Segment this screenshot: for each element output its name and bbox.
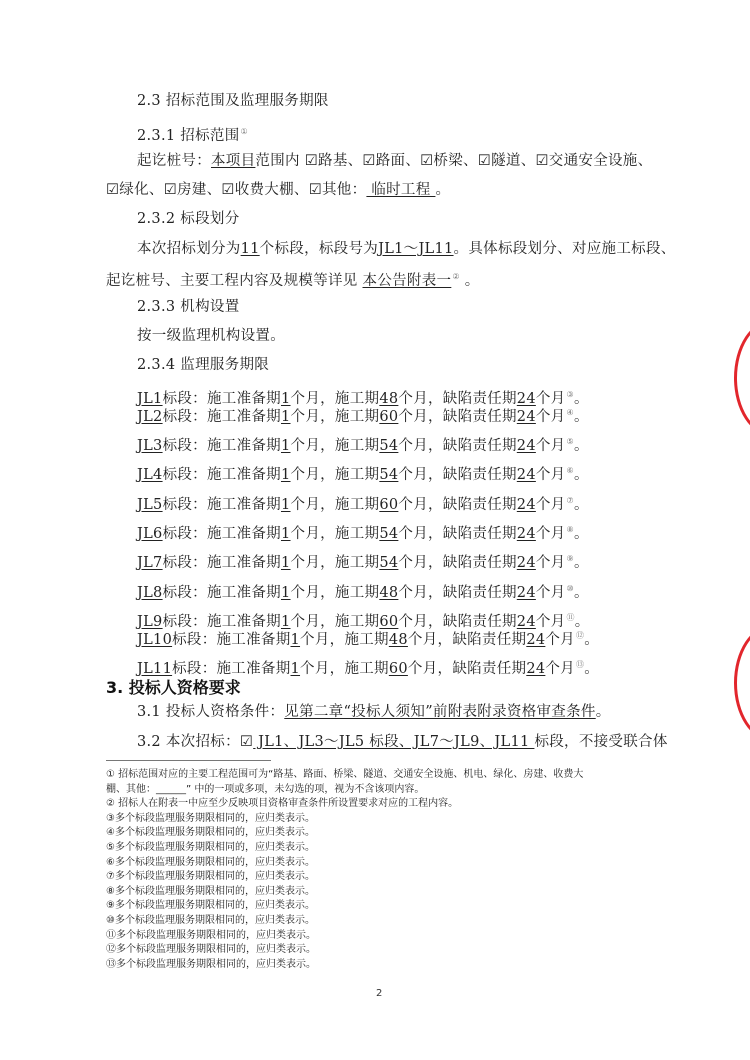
prep-months: 1	[291, 661, 301, 677]
construction-months: 48	[379, 585, 398, 601]
text: 施工准备期	[207, 497, 281, 513]
filled-field: JL1～JL11	[378, 241, 453, 257]
service-period-row: JL8标段：施工准备期1个月，施工期48个月，缺陷责任期24个月⑩。	[137, 580, 589, 602]
text: 个月，	[398, 526, 442, 542]
service-period-row: JL11标段：施工准备期1个月，施工期60个月，缺陷责任期24个月⑬。	[137, 656, 599, 678]
defect-months: 24	[517, 409, 536, 425]
text: 个月	[536, 526, 566, 542]
footnote-ref[interactable]: ③	[566, 390, 573, 399]
stamp-text: 东阳	[745, 628, 750, 660]
text: 施工期	[335, 497, 379, 513]
construction-months: 54	[379, 467, 398, 483]
text: 施工准备期	[207, 526, 281, 542]
footnote-ref[interactable]: ⑤	[566, 437, 573, 446]
footnote: ③多个标段监理服务期限相同的，应归类表示。	[106, 812, 315, 826]
prep-months: 1	[281, 409, 291, 425]
construction-months: 54	[379, 438, 398, 454]
filled-field: 本项目	[211, 153, 255, 169]
scope-line-2: ☑绿化、☑房建、☑收费大棚、☑其他： 临时工程 。	[106, 181, 450, 199]
punctuation: 。	[574, 497, 589, 513]
footnote: ⑦多个标段监理服务期限相同的，应归类表示。	[106, 870, 315, 884]
footnote: ② 招标人在附表一中应至少反映项目资格审查条件所设置要求对应的工程内容。	[106, 797, 458, 811]
section-heading-2-3: 2.3 招标范围及监理服务期限	[137, 92, 329, 110]
defect-months: 24	[517, 585, 536, 601]
text: 施工准备期	[207, 585, 281, 601]
footnote: ⑪多个标段监理服务期限相同的，应归类表示。	[106, 929, 316, 943]
footnote: ④多个标段监理服务期限相同的，应归类表示。	[106, 826, 315, 840]
punctuation: 。	[596, 704, 611, 720]
construction-months: 60	[389, 661, 408, 677]
footnote-ref[interactable]: ⑦	[566, 496, 573, 505]
construction-months: 54	[379, 555, 398, 571]
filled-field: JL1、JL3～JL5 标段、JL7～JL9、JL11	[253, 734, 534, 750]
footnote-separator	[106, 760, 271, 761]
footnote-ref[interactable]: ①	[241, 127, 248, 136]
document-page: 2.3 招标范围及监理服务期限 2.3.1 招标范围① 起讫桩号：本项目范围内 …	[0, 0, 750, 1060]
joint-venture-line: 3.2 本次招标：☑ JL1、JL3～JL5 标段、JL7～JL9、JL11 标…	[137, 733, 668, 751]
punctuation: 。	[435, 182, 450, 198]
text: 施工期	[335, 409, 379, 425]
filled-field: 11	[241, 241, 260, 257]
prep-months: 1	[281, 585, 291, 601]
text: 缺陷责任期	[443, 555, 517, 571]
punctuation: 。	[460, 273, 480, 289]
text: 个月	[536, 585, 566, 601]
text: 标段：	[163, 438, 207, 454]
section-id: JL3	[137, 438, 163, 454]
construction-months: 60	[379, 409, 398, 425]
punctuation: 。	[574, 585, 589, 601]
text: 个月，	[398, 555, 442, 571]
text: 个月，	[408, 632, 452, 648]
text: 标段：	[163, 467, 207, 483]
text: 个月	[536, 555, 566, 571]
filled-field: 临时工程	[366, 182, 435, 198]
prep-months: 1	[281, 438, 291, 454]
text: 个月，	[291, 555, 335, 571]
text: 个月，	[291, 467, 335, 483]
text: 个月	[545, 661, 575, 677]
prep-months: 1	[281, 526, 291, 542]
red-seal-stamp: 东阳	[734, 625, 750, 741]
footnote: ⑩多个标段监理服务期限相同的，应归类表示。	[106, 914, 315, 928]
text: 个月，	[291, 526, 335, 542]
punctuation: 。	[574, 526, 589, 542]
text: 缺陷责任期	[452, 661, 526, 677]
service-period-row: JL6标段：施工准备期1个月，施工期54个月，缺陷责任期24个月⑧。	[137, 521, 589, 543]
section-id: JL7	[137, 555, 163, 571]
heading-text: 2.3.1 招标范围	[137, 128, 240, 144]
text: 施工期	[344, 632, 388, 648]
section-id: JL11	[137, 661, 172, 677]
text: 施工期	[335, 526, 379, 542]
text: 本次招标划分为	[137, 241, 241, 257]
division-line-1: 本次招标划分为11个标段，标段号为JL1～JL11。具体标段划分、对应施工标段、	[137, 240, 676, 258]
section-id: JL4	[137, 467, 163, 483]
footnote-ref[interactable]: ⑪	[566, 613, 574, 622]
text: 个月	[536, 497, 566, 513]
footnote-ref[interactable]: ⑥	[566, 466, 573, 475]
section-id: JL10	[137, 632, 172, 648]
service-period-row: JL7标段：施工准备期1个月，施工期54个月，缺陷责任期24个月⑨。	[137, 550, 589, 572]
service-period-row: JL3标段：施工准备期1个月，施工期54个月，缺陷责任期24个月⑤。	[137, 433, 589, 455]
text: 个标段，标段号为	[260, 241, 378, 257]
defect-months: 24	[517, 438, 536, 454]
stamp-text: 工程	[745, 323, 750, 355]
text: 起讫桩号、主要工程内容及规模等详见	[106, 273, 363, 289]
text: 标段：	[163, 409, 207, 425]
scope-checklist: 范围内 ☑路基、☑路面、☑桥梁、☑隧道、☑交通安全设施、	[255, 153, 652, 169]
text: 个月	[536, 409, 566, 425]
construction-months: 54	[379, 526, 398, 542]
punctuation: 。	[584, 632, 599, 648]
text: 个月，	[291, 585, 335, 601]
appendix-reference: 本公告附表一	[363, 273, 452, 289]
defect-months: 24	[526, 632, 545, 648]
text: 个月	[536, 438, 566, 454]
section-heading-2-3-1: 2.3.1 招标范围①	[137, 123, 248, 145]
organization-text: 按一级监理机构设置。	[137, 327, 285, 345]
defect-months: 24	[517, 526, 536, 542]
footnote-ref[interactable]: ⑧	[566, 525, 573, 534]
text: 标段：	[163, 526, 207, 542]
section-heading-2-3-4: 2.3.4 监理服务期限	[137, 356, 269, 374]
footnote-ref[interactable]: ④	[566, 408, 573, 417]
text: 个月，	[291, 438, 335, 454]
prep-months: 1	[281, 555, 291, 571]
text: 标段：	[163, 585, 207, 601]
text: 施工期	[335, 438, 379, 454]
service-period-row: JL4标段：施工准备期1个月，施工期54个月，缺陷责任期24个月⑥。	[137, 462, 589, 484]
footnote: ⑥多个标段监理服务期限相同的，应归类表示。	[106, 856, 315, 870]
prep-months: 1	[291, 632, 301, 648]
chapter-reference: 见第二章“投标人须知”前附表附录资格审查条件	[284, 704, 595, 720]
text: 施工期	[335, 585, 379, 601]
text: 。具体标段划分、对应施工标段、	[454, 241, 676, 257]
text: 个月，	[398, 585, 442, 601]
red-seal-stamp: 工程	[734, 320, 750, 436]
text: 施工准备期	[217, 632, 291, 648]
text: 标段：	[172, 632, 216, 648]
text: 施工准备期	[207, 438, 281, 454]
text: 标段：	[172, 661, 216, 677]
text: 个月，	[398, 467, 442, 483]
text: 施工准备期	[207, 555, 281, 571]
text: 缺陷责任期	[452, 632, 526, 648]
footnote-ref[interactable]: ⑨	[566, 554, 573, 563]
text: 个月，	[398, 497, 442, 513]
text: 个月，	[300, 632, 344, 648]
section-id: JL2	[137, 409, 163, 425]
text: 标段：	[163, 555, 207, 571]
text: 施工准备期	[217, 661, 291, 677]
footnote: ⑫多个标段监理服务期限相同的，应归类表示。	[106, 943, 316, 957]
prep-months: 1	[281, 497, 291, 513]
service-period-row: JL10标段：施工准备期1个月，施工期48个月，缺陷责任期24个月⑫。	[137, 627, 599, 649]
text: 标段，不接受联合体	[534, 734, 667, 750]
text: 缺陷责任期	[443, 526, 517, 542]
text: 施工期	[344, 661, 388, 677]
page-number: 2	[376, 988, 382, 999]
punctuation: 。	[574, 555, 589, 571]
construction-months: 48	[389, 632, 408, 648]
punctuation: 。	[574, 409, 589, 425]
section-id: JL5	[137, 497, 163, 513]
section-heading-2-3-2: 2.3.2 标段划分	[137, 210, 240, 228]
scope-checklist: ☑绿化、☑房建、☑收费大棚、☑其他：	[106, 182, 366, 198]
footnote: ⑨多个标段监理服务期限相同的，应归类表示。	[106, 899, 315, 913]
text: 个月，	[300, 661, 344, 677]
text: 施工准备期	[207, 467, 281, 483]
prep-months: 1	[281, 467, 291, 483]
service-period-row: JL2标段：施工准备期1个月，施工期60个月，缺陷责任期24个月④。	[137, 404, 589, 426]
text: 个月，	[291, 409, 335, 425]
text: 个月，	[398, 438, 442, 454]
footnote-ref[interactable]: ②	[452, 272, 459, 281]
text: 标段：	[163, 497, 207, 513]
defect-months: 24	[517, 555, 536, 571]
section-id: JL8	[137, 585, 163, 601]
section-heading-2-3-3: 2.3.3 机构设置	[137, 298, 240, 316]
footnote: 棚、其他：______” 中的一项或多项，未勾选的项，视为不含该项内容。	[106, 783, 424, 797]
scope-line-1: 起讫桩号：本项目范围内 ☑路基、☑路面、☑桥梁、☑隧道、☑交通安全设施、	[137, 152, 652, 170]
qualification-line: 3.1 投标人资格条件：见第二章“投标人须知”前附表附录资格审查条件。	[137, 703, 611, 721]
footnote: ⑧多个标段监理服务期限相同的，应归类表示。	[106, 885, 315, 899]
text: 缺陷责任期	[443, 497, 517, 513]
defect-months: 24	[526, 661, 545, 677]
text: 个月	[545, 632, 575, 648]
footnote: ① 招标范围对应的主要工程范围可为“路基、路面、桥梁、隧道、交通安全设施、机电、…	[106, 768, 583, 782]
text: 缺陷责任期	[443, 467, 517, 483]
section-id: JL6	[137, 526, 163, 542]
text: 施工期	[335, 555, 379, 571]
footnote-ref[interactable]: ⑩	[566, 584, 573, 593]
label: 起讫桩号：	[137, 153, 211, 169]
section-heading-3: 3. 投标人资格要求	[106, 678, 241, 698]
punctuation: 。	[574, 467, 589, 483]
text: 个月，	[291, 497, 335, 513]
text: 缺陷责任期	[443, 438, 517, 454]
punctuation: 。	[574, 438, 589, 454]
text: 施工期	[335, 467, 379, 483]
text: 3.1 投标人资格条件：	[137, 704, 284, 720]
construction-months: 60	[379, 497, 398, 513]
text: 个月	[536, 467, 566, 483]
text: 3.2 本次招标：☑	[137, 734, 253, 750]
text: 缺陷责任期	[443, 409, 517, 425]
defect-months: 24	[517, 467, 536, 483]
service-period-row: JL5标段：施工准备期1个月，施工期60个月，缺陷责任期24个月⑦。	[137, 492, 589, 514]
footnote: ⑬多个标段监理服务期限相同的，应归类表示。	[106, 958, 316, 972]
footnote: ⑤多个标段监理服务期限相同的，应归类表示。	[106, 841, 315, 855]
division-line-2: 起讫桩号、主要工程内容及规模等详见 本公告附表一② 。	[106, 268, 480, 290]
defect-months: 24	[517, 497, 536, 513]
text: 施工准备期	[207, 409, 281, 425]
text: 个月，	[398, 409, 442, 425]
text: 个月，	[408, 661, 452, 677]
text: 缺陷责任期	[443, 585, 517, 601]
punctuation: 。	[584, 661, 599, 677]
